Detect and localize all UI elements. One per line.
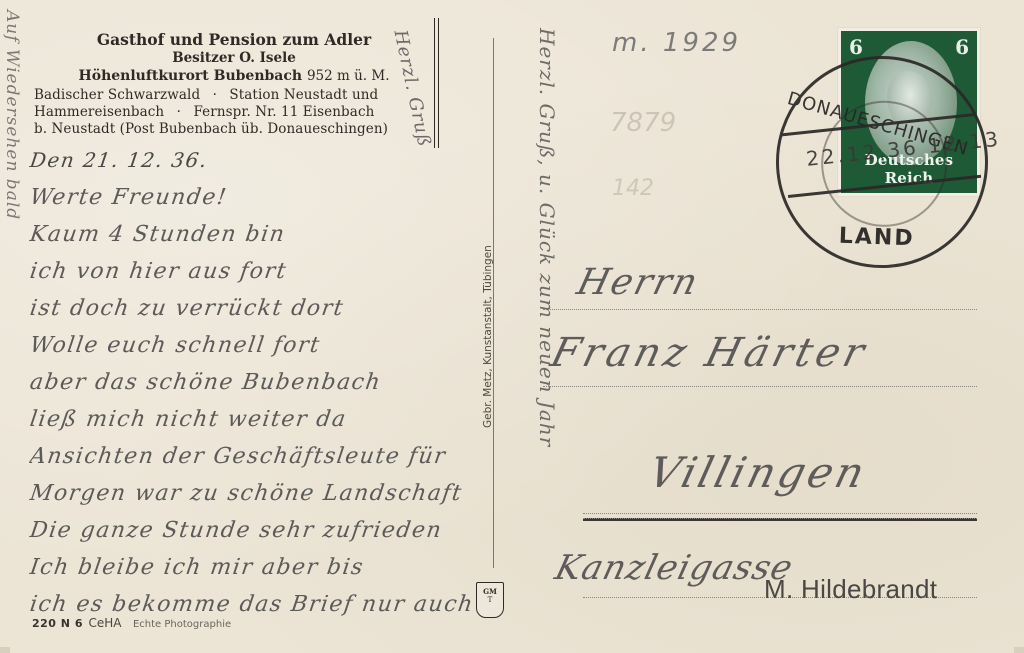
address-rule-solid bbox=[583, 518, 977, 521]
address-street: Kanzleigasse bbox=[551, 548, 797, 588]
handwritten-message: Den 21. 12. 36. Werte Freunde! Kaum 4 St… bbox=[30, 142, 485, 623]
address-rule bbox=[543, 309, 977, 310]
post-line: b. Neustadt (Post Bubenbach üb. Donauesc… bbox=[34, 121, 434, 138]
phone: Fernspr. Nr. 11 Eisenbach bbox=[193, 104, 374, 120]
serial-line: 220 N 6 CeHA Echte Photographie bbox=[32, 616, 231, 630]
serial-code: 220 N 6 bbox=[32, 617, 83, 630]
separator: · bbox=[169, 104, 189, 120]
handwriting-left-margin: Auf Wiedersehen bald bbox=[2, 10, 22, 220]
pencil-year-note: m. 1929 bbox=[612, 28, 741, 58]
publisher-imprint: Gebr. Metz, Kunstanstalt, Tübingen bbox=[482, 245, 494, 428]
inn-title: Gasthof und Pension zum Adler bbox=[34, 32, 434, 48]
station: Station Neustadt und bbox=[229, 87, 378, 103]
postcard: Gasthof und Pension zum Adler Besitzer O… bbox=[0, 0, 1024, 653]
message-line: Morgen war zu schöne Landschaft bbox=[27, 475, 487, 512]
watermark: M. Hildebrandt bbox=[764, 574, 937, 605]
photo-note: Echte Photographie bbox=[133, 619, 231, 630]
message-line: Die ganze Stunde sehr zufrieden bbox=[27, 512, 487, 549]
message-line: ließ mich nicht weiter da bbox=[27, 401, 487, 438]
message-line: Wolle euch schnell fort bbox=[27, 327, 487, 364]
address-name: Franz Härter bbox=[546, 330, 872, 376]
header-details: Badischer Schwarzwald · Station Neustadt… bbox=[34, 87, 434, 138]
message-date: Den 21. 12. 36. bbox=[27, 142, 487, 179]
logo-top-text: GM bbox=[477, 587, 503, 596]
separator: · bbox=[205, 87, 225, 103]
stamp-value-left: 6 bbox=[849, 35, 863, 59]
pencil-faint-number: 142 bbox=[612, 176, 654, 201]
resort-name: Höhenluftkurort Bubenbach bbox=[79, 68, 303, 84]
publisher-logo-icon: GM T bbox=[476, 582, 504, 618]
message-line: Werte Freunde! bbox=[27, 179, 487, 216]
address-city: Villingen bbox=[644, 448, 872, 497]
serial-brand: CeHA bbox=[88, 616, 121, 630]
pencil-faint-number: 7879 bbox=[610, 108, 676, 138]
station-2: Hammereisenbach bbox=[34, 104, 164, 120]
resort-line: Höhenluftkurort Bubenbach 952 m ü. M. bbox=[34, 69, 434, 84]
message-line: aber das schöne Bubenbach bbox=[27, 364, 487, 401]
owner-line: Besitzer O. Isele bbox=[34, 52, 434, 66]
printed-header: Gasthof und Pension zum Adler Besitzer O… bbox=[34, 32, 434, 138]
stamp-value-right: 6 bbox=[955, 35, 969, 59]
address-rule bbox=[583, 513, 977, 514]
region: Badischer Schwarzwald bbox=[34, 87, 200, 103]
message-line: Ich bleibe ich mir aber bis bbox=[27, 549, 487, 586]
message-line: ist doch zu verrückt dort bbox=[27, 290, 487, 327]
header-double-rule bbox=[434, 18, 439, 148]
address-rule bbox=[543, 386, 977, 387]
message-line: Ansichten der Geschäftsleute für bbox=[27, 438, 487, 475]
message-line: Kaum 4 Stunden bin bbox=[27, 216, 487, 253]
elevation: 952 m ü. M. bbox=[307, 68, 390, 84]
handwriting-center-margin: Herzl. Gruß, u. Glück zum neuen Jahr bbox=[535, 28, 559, 447]
address-salutation: Herrn bbox=[573, 262, 704, 303]
worn-corner bbox=[0, 647, 10, 653]
postmark-suffix: LAND bbox=[838, 224, 915, 252]
worn-corner bbox=[1014, 647, 1024, 653]
message-line: ich von hier aus fort bbox=[27, 253, 487, 290]
logo-bottom-text: T bbox=[477, 596, 503, 605]
